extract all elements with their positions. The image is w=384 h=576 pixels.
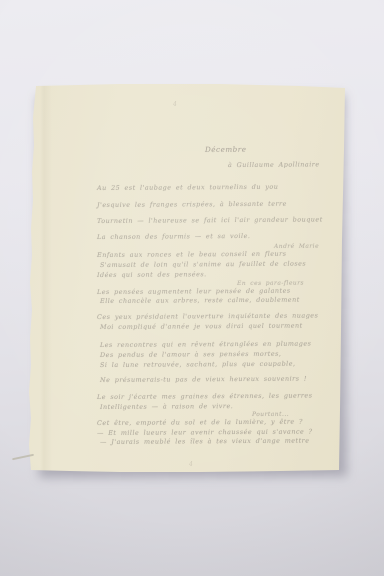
handwritten-line: Elle chancèle aux arbres, reste calme, d… bbox=[100, 297, 300, 305]
handwritten-line: Intelligentes — à raison de vivre. bbox=[100, 403, 233, 411]
handwritten-line: — J'aurais meublé les îles à tes vieux d… bbox=[100, 438, 310, 446]
handwritten-line: — Et mille lueurs leur avenir chaussée q… bbox=[97, 428, 313, 437]
paper-sheet: 4 Décembre à Guillaume Apollinaire Au 25… bbox=[0, 0, 384, 576]
handwritten-line: Des pendus de l'amour à ses pensées mort… bbox=[100, 351, 281, 359]
manuscript-dedication: à Guillaume Apollinaire bbox=[228, 161, 320, 169]
handwritten-line: Si la lune retrouvée, sachant, plus que … bbox=[100, 361, 296, 369]
handwritten-line: Les rencontres qui en rêvent étranglées … bbox=[100, 341, 311, 349]
handwritten-line: Les pensées augmentent leur pensée de ga… bbox=[97, 288, 291, 296]
page-mark-top: 4 bbox=[173, 101, 177, 108]
handwritten-line: Tournetin — l'heureuse se fait ici l'air… bbox=[97, 216, 323, 225]
handwritten-line: S'amusait de loin qu'il s'anime au feuil… bbox=[100, 261, 306, 269]
handwritten-line: Ne présumerais-tu pas de vieux heureux s… bbox=[100, 376, 307, 384]
handwritten-line: Moi compliqué d'année je vous dirai quel… bbox=[100, 323, 303, 331]
handwritten-line: Idées qui sont des pensées. bbox=[97, 271, 207, 279]
page-mark-bottom: 4 bbox=[189, 461, 193, 468]
handwritten-line: Au 25 est l'aubage et deux tournelins du… bbox=[97, 184, 278, 192]
handwritten-line: Enfants aux ronces et le beau conseil en… bbox=[97, 251, 287, 259]
manuscript-title: Décembre bbox=[205, 146, 246, 153]
handwritten-line: Cet être, emporté du sol et de la lumièr… bbox=[97, 419, 303, 427]
handwritten-line: Ces yeux présidaient l'ouverture inquiét… bbox=[97, 312, 318, 321]
handwritten-line: La chanson des fourmis — et sa voile. bbox=[97, 233, 250, 241]
photo-background: 4 Décembre à Guillaume Apollinaire Au 25… bbox=[0, 0, 384, 576]
handwritten-line: Le soir j'écarte mes graines des étrenne… bbox=[97, 392, 312, 401]
manuscript-text-block: 4 Décembre à Guillaume Apollinaire Au 25… bbox=[0, 0, 384, 576]
handwritten-line: J'esquive les franges crispées, à blessa… bbox=[97, 201, 287, 209]
